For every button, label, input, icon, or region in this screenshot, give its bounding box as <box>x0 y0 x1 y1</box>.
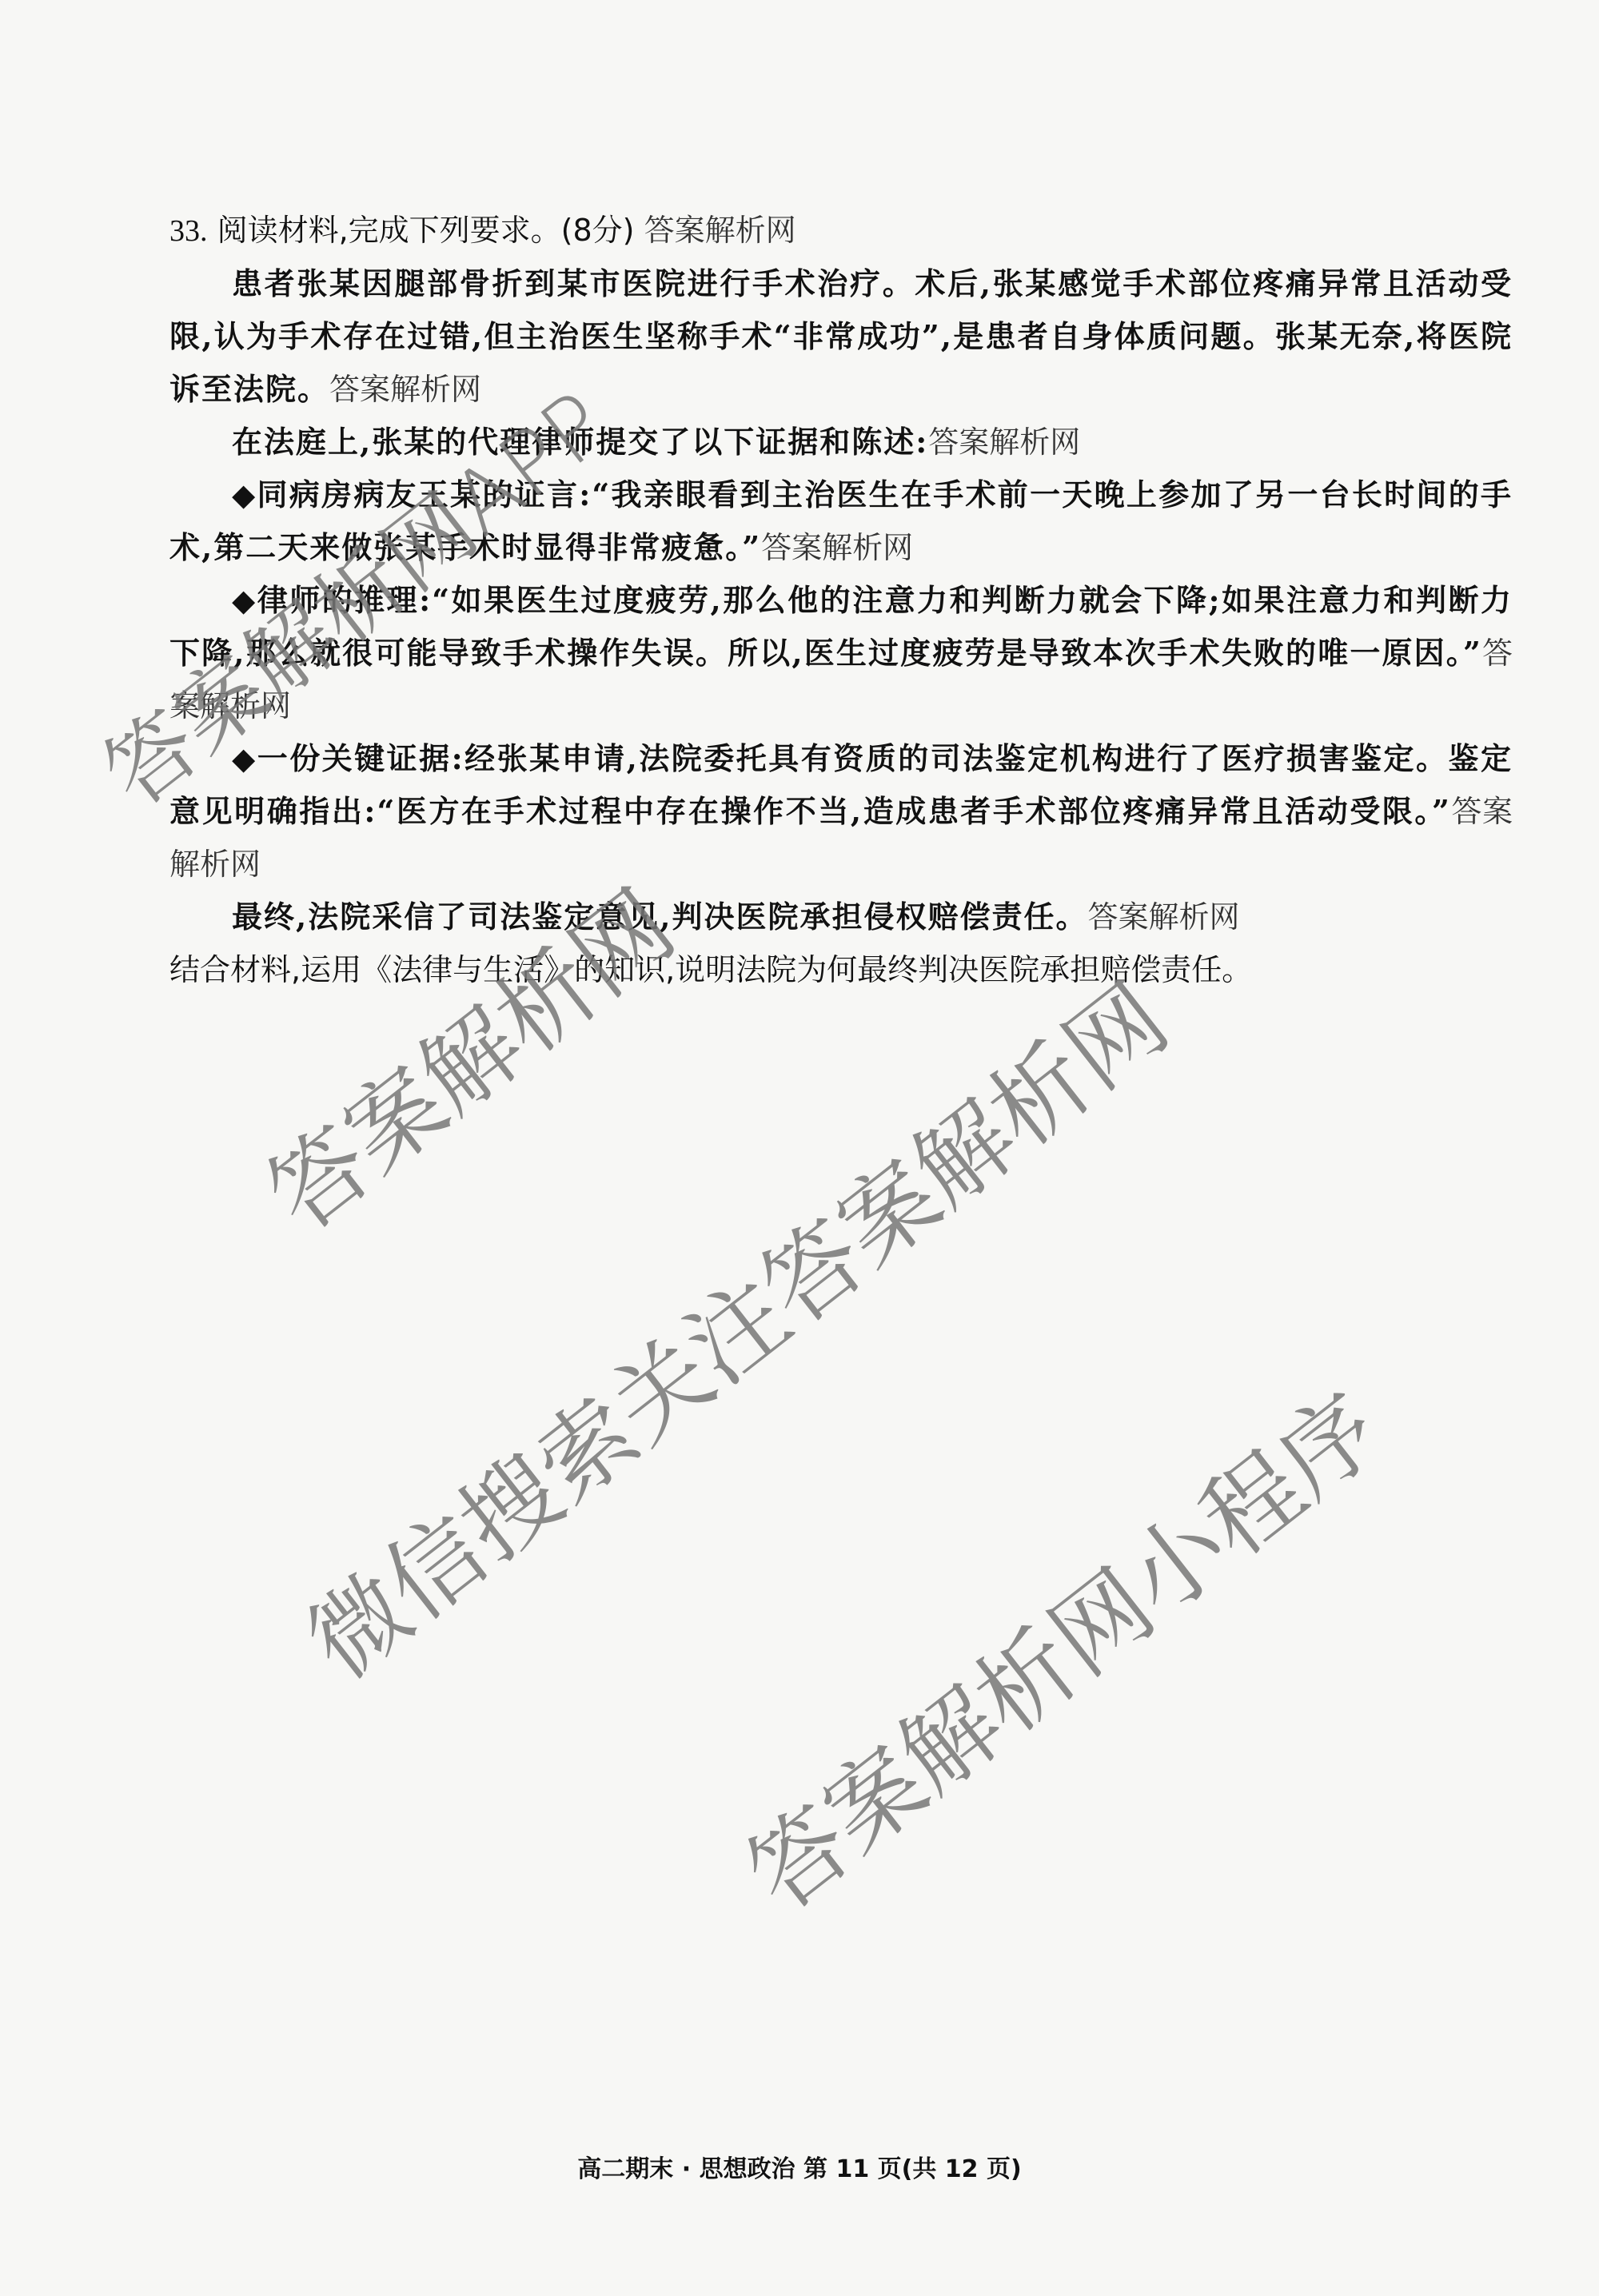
exam-page: 33. 阅读材料,完成下列要求。(8分) 答案解析网 患者张某因腿部骨折到某市医… <box>0 0 1599 2296</box>
paragraph-text: ◆一份关键证据:经张某申请,法院委托具有资质的司法鉴定机构进行了医疗损害鉴定。鉴… <box>169 740 1513 829</box>
inline-watermark: 答案解析网 <box>329 372 481 407</box>
material-paragraph: 在法庭上,张某的代理律师提交了以下证据和陈述:答案解析网 <box>169 416 1513 468</box>
material-conclusion: 最终,法院采信了司法鉴定意见,判决医院承担侵权赔偿责任。答案解析网 <box>169 891 1513 943</box>
inline-watermark: 答案解析网 <box>928 425 1080 460</box>
material-paragraph: 患者张某因腿部骨折到某市医院进行手术治疗。术后,张某感觉手术部位疼痛异常且活动受… <box>169 257 1513 416</box>
inline-watermark: 答案解析网 <box>1087 899 1239 935</box>
question-prompt: 结合材料,运用《法律与生活》的知识,说明法院为何最终判决医院承担赔偿责任。 <box>169 943 1513 996</box>
question-header: 33. 阅读材料,完成下列要求。(8分) 答案解析网 <box>169 206 1513 257</box>
inline-watermark: 答案解析网 <box>761 530 913 565</box>
question-number: 33. <box>169 214 208 248</box>
evidence-appraisal: ◆一份关键证据:经张某申请,法院委托具有资质的司法鉴定机构进行了医疗损害鉴定。鉴… <box>169 732 1513 891</box>
page-footer: 高二期末 · 思想政治 第 11 页(共 12 页) <box>0 2149 1599 2184</box>
inline-watermark: 答案解析网 <box>644 213 796 248</box>
question-instruction: 阅读材料,完成下列要求。(8分) <box>217 213 635 248</box>
diagonal-watermark: 答案解析网小程序 <box>715 1355 1404 1936</box>
